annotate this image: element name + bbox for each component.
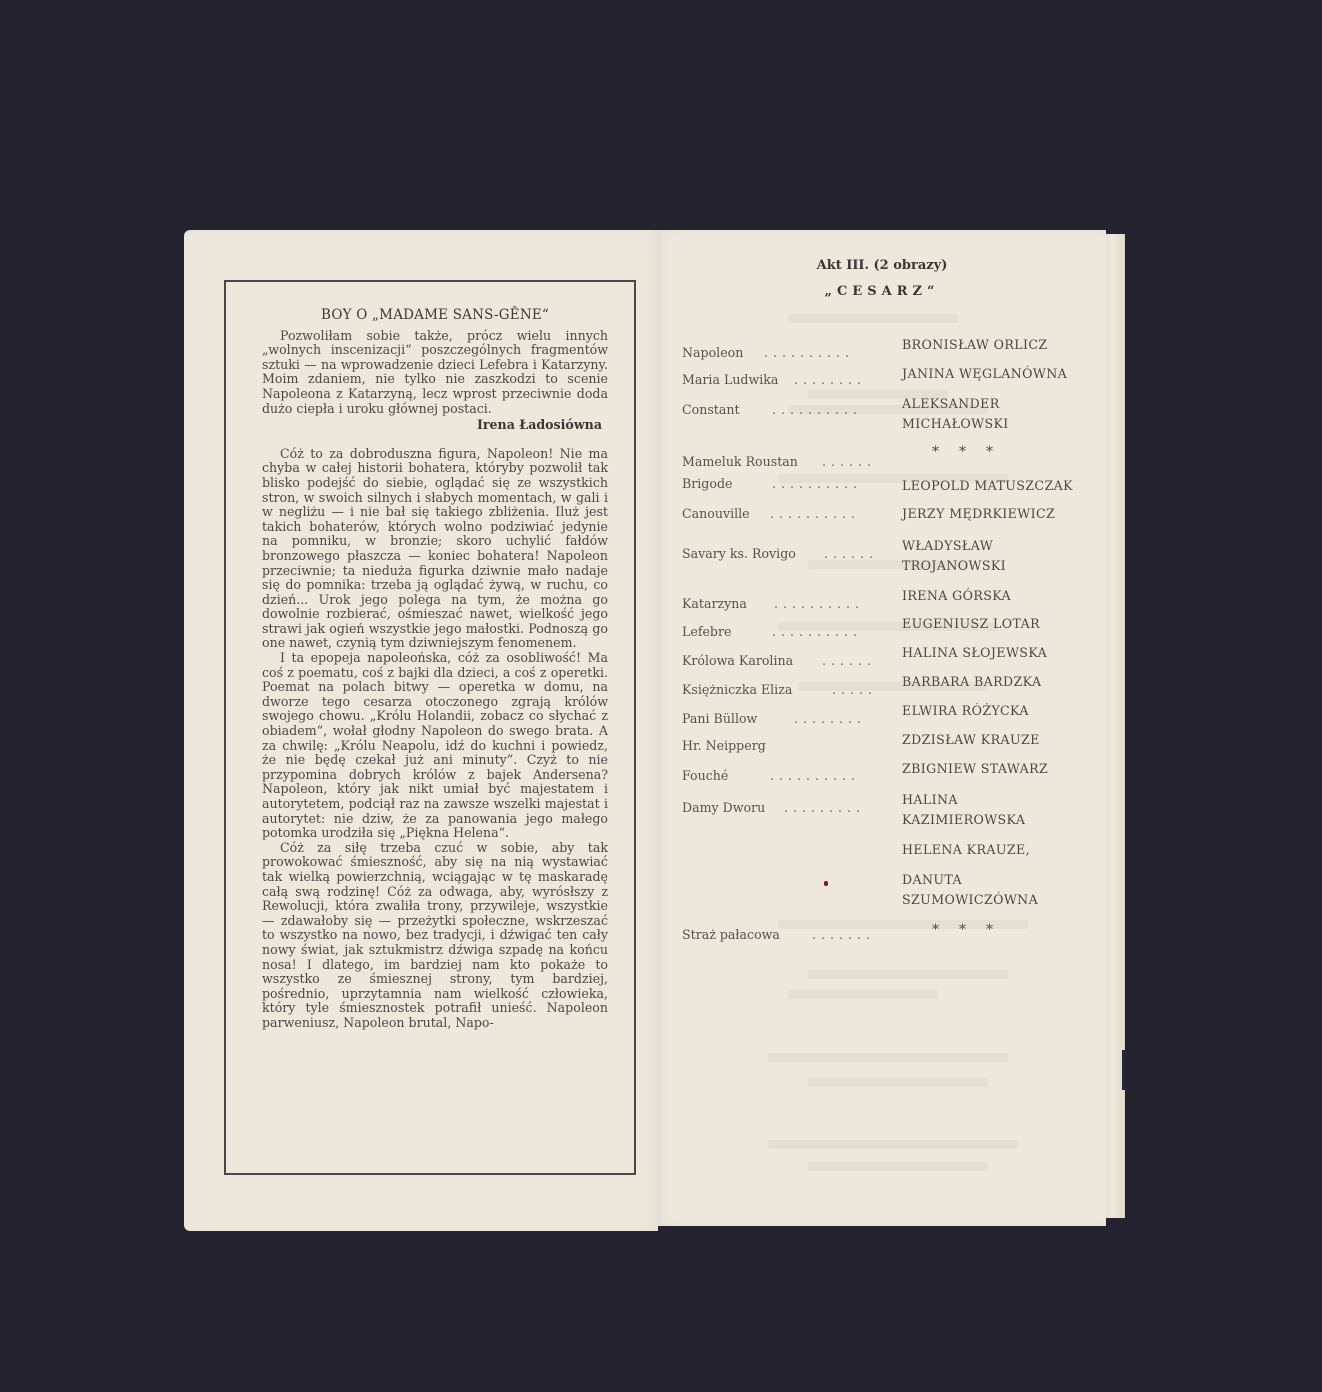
role-name: Lefebre <box>682 624 731 639</box>
article: BOY O „MADAME SANS-GÊNE“ Pozwoliłam sobi… <box>262 308 608 1031</box>
actor-name: JERZY MĘDRKIEWICZ <box>902 504 1055 524</box>
leader-dots: ..... <box>832 682 877 697</box>
leader-dots: ...... <box>822 653 876 668</box>
role-name: Mameluk Roustan <box>682 454 798 469</box>
actor-name: ZBIGNIEW STAWARZ <box>902 759 1048 779</box>
actor-name: BARBARA BARDZKA <box>902 672 1041 692</box>
intro-signature: Irena Ładosiówna <box>262 418 602 433</box>
ink-spot <box>824 881 828 886</box>
role-name: Savary ks. Rovigo <box>682 546 796 561</box>
role-name: Pani Büllow <box>682 711 757 726</box>
article-frame: BOY O „MADAME SANS-GÊNE“ Pozwoliłam sobi… <box>224 280 636 1175</box>
actor-name: ELWIRA RÓŻYCKA <box>902 701 1029 721</box>
leader-dots: ....... <box>812 927 875 942</box>
role-name: Straż pałacowa <box>682 927 780 942</box>
actor-name: BRONISŁAW ORLICZ <box>902 335 1048 355</box>
left-page: BOY O „MADAME SANS-GÊNE“ Pozwoliłam sobi… <box>184 230 658 1231</box>
actor-name: HALINA SŁOJEWSKA <box>902 643 1047 663</box>
actor-name: WŁADYSŁAWTROJANOWSKI <box>902 536 1006 576</box>
leader-dots: .......... <box>772 624 862 639</box>
leader-dots: .......... <box>770 506 860 521</box>
article-paragraph: Cóż to za dobroduszna figura, Napoleon! … <box>262 447 608 651</box>
actor-name: IRENA GÓRSKA <box>902 586 1011 606</box>
actor-name: LEOPOLD MATUSZCZAK <box>902 476 1073 496</box>
leader-dots: ........ <box>794 711 866 726</box>
role-name: Maria Ludwika <box>682 372 778 387</box>
role-name: Brigode <box>682 476 732 491</box>
article-paragraph: Cóż za siłę trzeba czuć w sobie, aby tak… <box>262 841 608 1031</box>
article-title: BOY O „MADAME SANS-GÊNE“ <box>262 308 608 323</box>
leader-dots: .......... <box>764 345 854 360</box>
actor-name: ZDZISŁAW KRAUZE <box>902 730 1040 750</box>
actor-name: EUGENIUSZ LOTAR <box>902 614 1040 634</box>
actor-name: JANINA WĘGLANÓWNA <box>902 364 1067 384</box>
intro-paragraph: Pozwoliłam sobie także, prócz wielu inny… <box>262 329 608 417</box>
role-name: Constant <box>682 402 740 417</box>
role-name: Królowa Karolina <box>682 653 793 668</box>
actor-name: HALINAKAZIMIEROWSKA HELENA KRAUZE, DANUT… <box>902 790 1038 910</box>
leader-dots: .......... <box>772 402 862 417</box>
role-name: Canouville <box>682 506 750 521</box>
role-name: Fouché <box>682 768 728 783</box>
leader-dots: .......... <box>770 768 860 783</box>
role-name: Napoleon <box>682 345 743 360</box>
actor-name: ALEKSANDERMICHAŁOWSKI <box>902 394 1009 434</box>
leader-dots: ...... <box>822 454 876 469</box>
leader-dots: .......... <box>772 476 862 491</box>
right-page: Akt III. (2 obrazy) „CESARZ“ Napoleon...… <box>658 230 1106 1226</box>
leader-dots: .......... <box>774 596 864 611</box>
act-title: „CESARZ“ <box>658 284 1106 299</box>
leader-dots: ......... <box>784 800 865 815</box>
role-name: Katarzyna <box>682 596 747 611</box>
unassigned-stars: *** <box>932 444 1013 460</box>
act-header: Akt III. (2 obrazy) <box>658 258 1106 273</box>
program-spread: BOY O „MADAME SANS-GÊNE“ Pozwoliłam sobi… <box>184 230 1130 1231</box>
binding-mark <box>1122 1050 1126 1090</box>
leader-dots: ...... <box>824 546 878 561</box>
unassigned-stars: *** <box>932 922 1013 938</box>
leader-dots: ........ <box>794 372 866 387</box>
role-name: Damy Dworu <box>682 800 765 815</box>
role-name: Księżniczka Eliza <box>682 682 792 697</box>
article-paragraph: I ta epopeja napoleońska, cóż za osobliw… <box>262 651 608 841</box>
role-name: Hr. Neipperg <box>682 738 766 753</box>
